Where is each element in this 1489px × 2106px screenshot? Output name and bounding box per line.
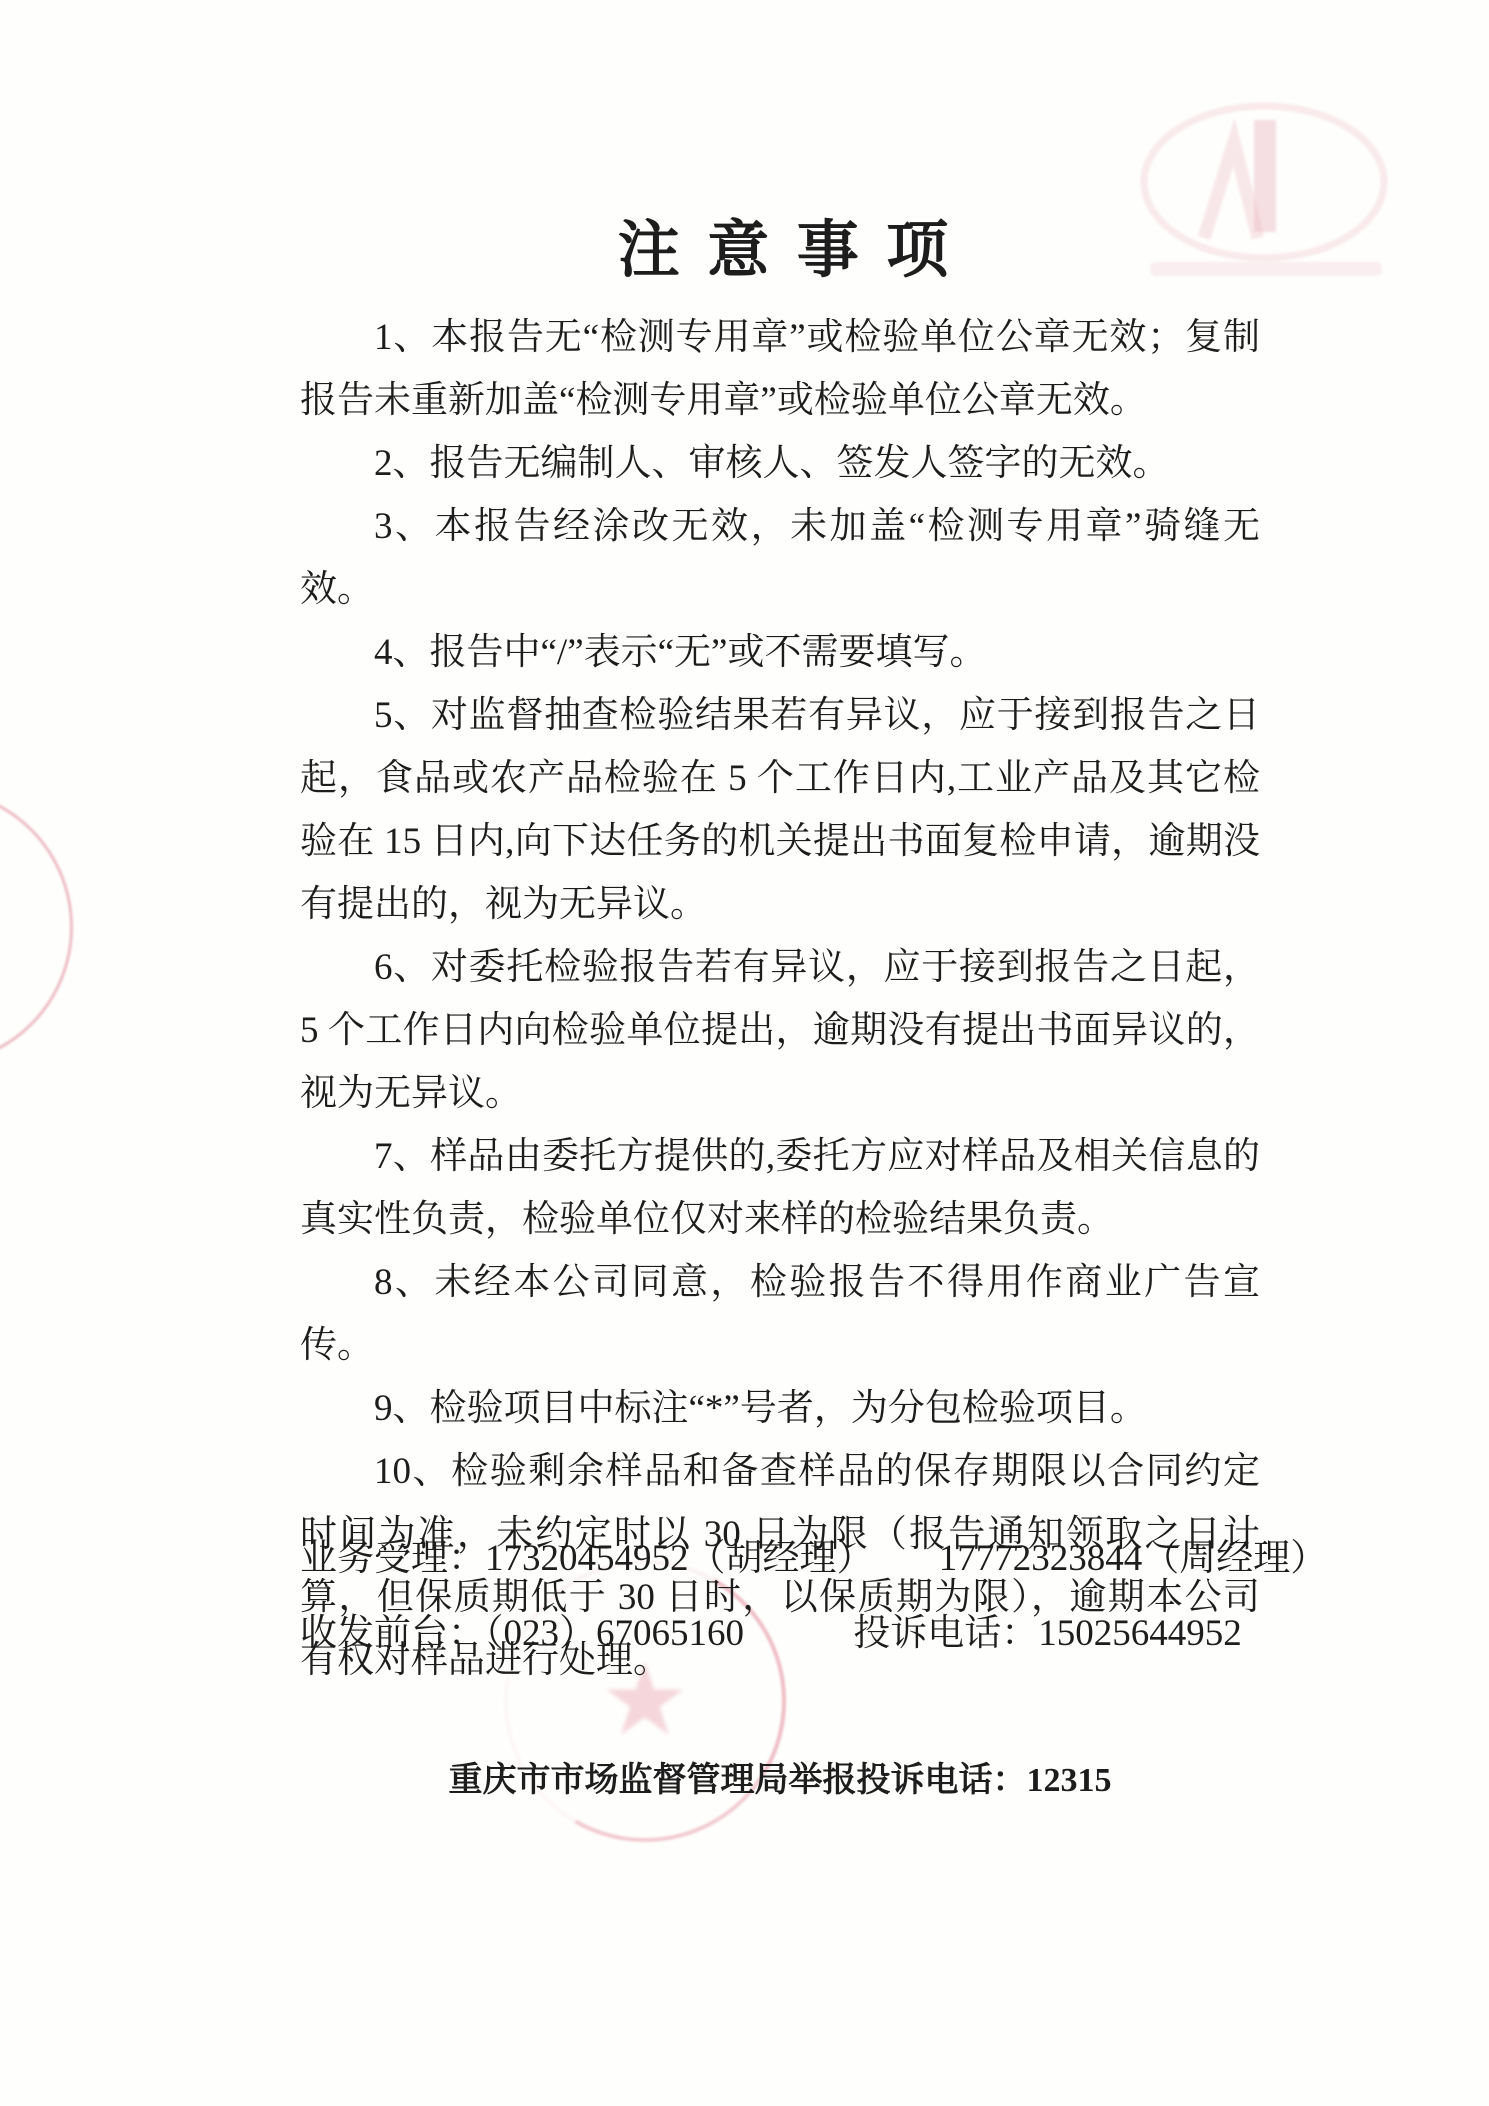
business-phone-1: 业务受理：17320454952（胡经理）	[300, 1538, 874, 1579]
partial-round-seal-left	[0, 788, 73, 1066]
complaint-phone: 投诉电话：15025644952	[853, 1613, 1242, 1654]
business-phone-2: 17772323844（周经理）	[939, 1538, 1328, 1579]
notice-item-6: 6、对委托检验报告若有异议，应于接到报告之日起，5 个工作日内向检验单位提出，逾…	[300, 936, 1260, 1125]
page-title: 注 意 事 项	[300, 200, 1266, 289]
contact-line-frontdesk: 收发前台：（023）67065160 投诉电话：15025644952	[300, 1602, 1242, 1656]
document-page: ★ 注 意 事 项 1、本报告无“检测专用章”或检验单位公章无效；复制报告未重新…	[0, 0, 1489, 2106]
notice-item-3: 3、本报告经涂改无效，未加盖“检测专用章”骑缝无效。	[300, 495, 1260, 621]
notice-item-4: 4、报告中“/”表示“无”或不需要填写。	[300, 621, 1260, 684]
notice-item-5: 5、对监督抽查检验结果若有异议，应于接到报告之日起，食品或农产品检验在 5 个工…	[300, 684, 1260, 936]
notice-item-1: 1、本报告无“检测专用章”或检验单位公章无效；复制报告未重新加盖“检测专用章”或…	[300, 306, 1260, 432]
notice-list: 1、本报告无“检测专用章”或检验单位公章无效；复制报告未重新加盖“检测专用章”或…	[300, 306, 1260, 1692]
front-desk-phone: 收发前台：（023）67065160	[300, 1613, 744, 1654]
notice-item-8: 8、未经本公司同意，检验报告不得用作商业广告宣传。	[300, 1251, 1260, 1377]
notice-item-9: 9、检验项目中标注“*”号者，为分包检验项目。	[300, 1377, 1260, 1440]
footer-hotline: 重庆市市场监督管理局举报投诉电话：12315	[300, 1752, 1260, 1801]
contact-line-business: 业务受理：17320454952（胡经理） 17772323844（周经理）	[300, 1527, 1327, 1581]
notice-item-2: 2、报告无编制人、审核人、签发人签字的无效。	[300, 432, 1260, 495]
notice-item-7: 7、样品由委托方提供的,委托方应对样品及相关信息的真实性负责，检验单位仅对来样的…	[300, 1125, 1260, 1251]
